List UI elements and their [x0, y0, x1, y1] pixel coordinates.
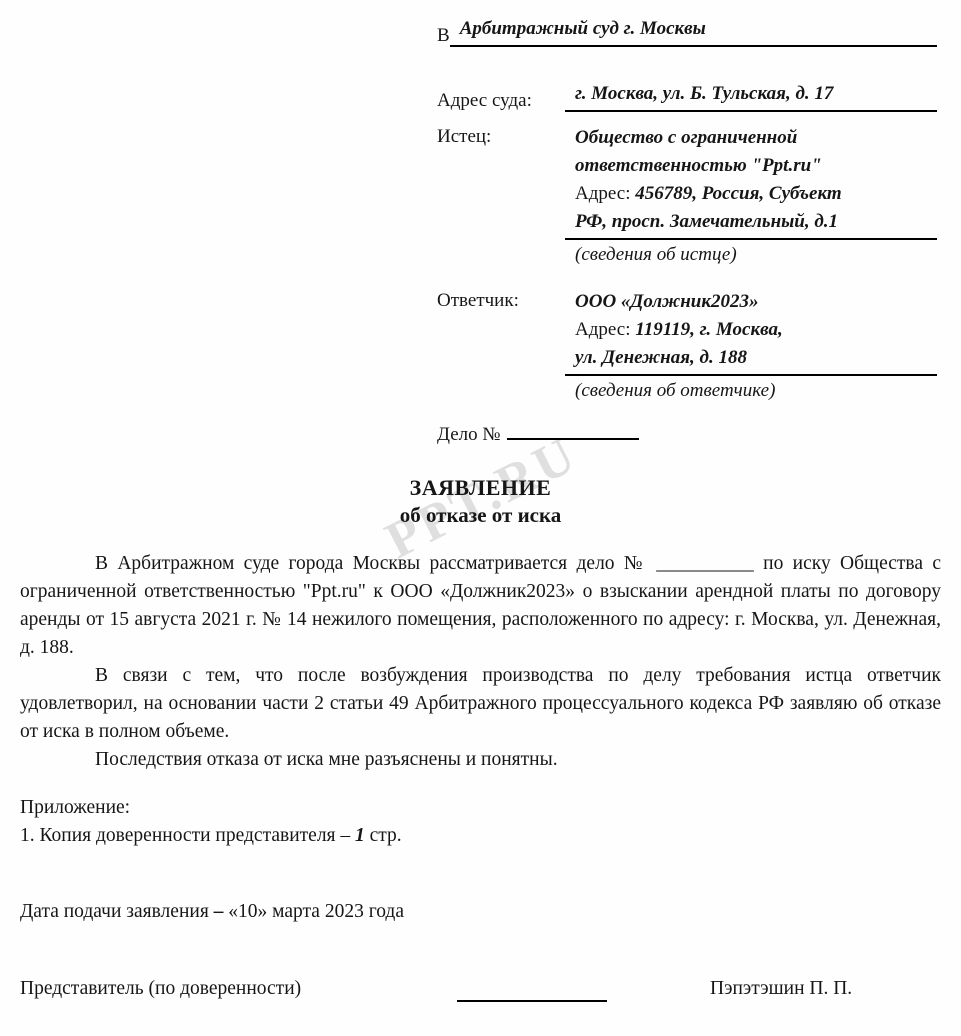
- attachment-item-unit: стр.: [370, 825, 402, 846]
- filing-date-line: Дата подачи заявления – «10» марта 2023 …: [20, 898, 941, 926]
- filing-date-value: «10» марта 2023 года: [228, 901, 404, 922]
- defendant-address-line2: ул. Денежная, д. 188: [575, 344, 935, 372]
- case-number-label: Дело №: [437, 424, 501, 445]
- signature-row: Представитель (по доверенности) Пэпэтэши…: [0, 978, 961, 1018]
- defendant-address-line1: Адрес: 119119, г. Москва,: [575, 316, 935, 344]
- attachment-item-pages: 1: [355, 825, 365, 846]
- plaintiff-address-line1: Адрес: 456789, Россия, Субъект: [575, 180, 935, 208]
- plaintiff-details: Общество с ограниченной ответственностью…: [565, 124, 937, 240]
- defendant-caption: (сведения об ответчике): [565, 376, 937, 402]
- defendant-address-value1: 119119, г. Москва,: [635, 319, 782, 340]
- attachment-item-text: 1. Копия доверенности представителя –: [20, 825, 350, 846]
- attachment-item: 1. Копия доверенности представителя – 1 …: [20, 822, 941, 850]
- body-paragraph-2: В связи с тем, что после возбуждения про…: [20, 662, 941, 746]
- title-block: ЗАЯВЛЕНИЕ об отказе от иска: [0, 474, 961, 528]
- signature-blank: [457, 1000, 607, 1002]
- document-subtitle: об отказе от иска: [0, 502, 961, 528]
- plaintiff-address-line2: РФ, просп. Замечательный, д.1: [575, 208, 935, 236]
- body-text: В Арбитражном суде города Москвы рассмат…: [20, 550, 941, 774]
- representative-label: Представитель (по доверенности): [20, 978, 301, 1000]
- plaintiff-row: Истец: Общество с ограниченной ответстве…: [437, 124, 937, 240]
- body-paragraph-1: В Арбитражном суде города Москвы рассмат…: [20, 550, 941, 662]
- court-address-value: г. Москва, ул. Б. Тульская, д. 17: [575, 83, 833, 104]
- case-number-row: Дело №: [437, 418, 937, 449]
- plaintiff-caption: (сведения об истце): [565, 240, 937, 266]
- court-address-field: г. Москва, ул. Б. Тульская, д. 17: [565, 83, 937, 112]
- document-title: ЗАЯВЛЕНИЕ: [0, 474, 961, 502]
- body-paragraph-3: Последствия отказа от иска мне разъяснен…: [20, 746, 941, 774]
- defendant-address-label: Адрес:: [575, 319, 631, 340]
- court-prefix: В: [437, 25, 450, 47]
- case-number-blank: [507, 418, 639, 440]
- plaintiff-address-value1: 456789, Россия, Субъект: [635, 183, 841, 204]
- plaintiff-name-line2: ответственностью "Ppt.ru": [575, 152, 935, 180]
- plaintiff-caption-row: (сведения об истце): [437, 240, 937, 266]
- court-address-row: Адрес суда: г. Москва, ул. Б. Тульская, …: [437, 83, 937, 112]
- attachment-section: Приложение: 1. Копия доверенности предст…: [20, 794, 941, 850]
- court-address-label: Адрес суда:: [437, 90, 565, 112]
- plaintiff-label: Истец:: [437, 124, 565, 240]
- court-name-field: Арбитражный суд г. Москвы: [450, 18, 937, 47]
- representative-name: Пэпэтэшин П. П.: [710, 978, 852, 1000]
- court-name: Арбитражный суд г. Москвы: [460, 18, 706, 39]
- defendant-caption-row: (сведения об ответчике): [437, 376, 937, 402]
- defendant-label: Ответчик:: [437, 288, 565, 376]
- court-header-block: В Арбитражный суд г. Москвы Адрес суда: …: [437, 18, 937, 449]
- document-page: PPT.RU В Арбитражный суд г. Москвы Адрес…: [0, 0, 961, 1036]
- attachment-heading: Приложение:: [20, 794, 941, 822]
- plaintiff-address-label: Адрес:: [575, 183, 631, 204]
- plaintiff-name-line1: Общество с ограниченной: [575, 124, 935, 152]
- court-row: В Арбитражный суд г. Москвы: [437, 18, 937, 47]
- defendant-row: Ответчик: ООО «Должник2023» Адрес: 11911…: [437, 288, 937, 376]
- filing-date-dash: –: [214, 901, 224, 922]
- defendant-name: ООО «Должник2023»: [575, 288, 935, 316]
- defendant-details: ООО «Должник2023» Адрес: 119119, г. Моск…: [565, 288, 937, 376]
- filing-date-label: Дата подачи заявления: [20, 901, 209, 922]
